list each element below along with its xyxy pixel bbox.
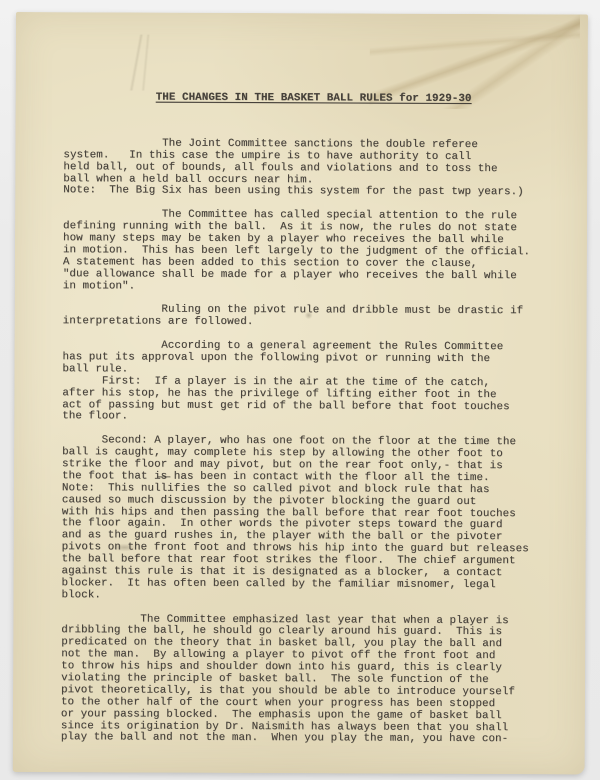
text-line: block.: [61, 590, 561, 604]
document-body: The Joint Committee sanctions the double…: [61, 138, 564, 747]
text-line: has put its approval upon the following …: [62, 352, 562, 366]
document-content: THE CHANGES IN THE BASKET BALL RULES for…: [61, 92, 564, 747]
pencil-mark: [120, 34, 154, 90]
text-line: the floor.: [62, 412, 562, 426]
paragraph: According to a general agreement the Rul…: [62, 340, 562, 425]
paragraph: The Joint Committee sanctions the double…: [63, 138, 563, 200]
paragraph: Ruling on the pivot rule and dribble mus…: [63, 305, 563, 331]
text-line: "due allowance shall be made for a playe…: [63, 269, 563, 283]
text-line: interpretations are followed.: [63, 316, 563, 330]
scan-backdrop: THE CHANGES IN THE BASKET BALL RULES for…: [0, 0, 600, 780]
document-title: THE CHANGES IN THE BASKET BALL RULES for…: [64, 92, 564, 106]
text-line: Note: The Big Six has been using this sy…: [63, 186, 563, 200]
text-line: in motion".: [63, 281, 563, 295]
text-line: play the ball and not the man. When you …: [61, 733, 561, 747]
text-line: blocker. It has often been called by the…: [61, 578, 561, 592]
paragraph: The Committee has called special attenti…: [63, 209, 563, 294]
paragraph: The Committee emphasized last year that …: [61, 614, 562, 747]
paragraph: Second: A player, who has one foot on th…: [61, 435, 562, 604]
paper-page: THE CHANGES IN THE BASKET BALL RULES for…: [13, 12, 588, 774]
